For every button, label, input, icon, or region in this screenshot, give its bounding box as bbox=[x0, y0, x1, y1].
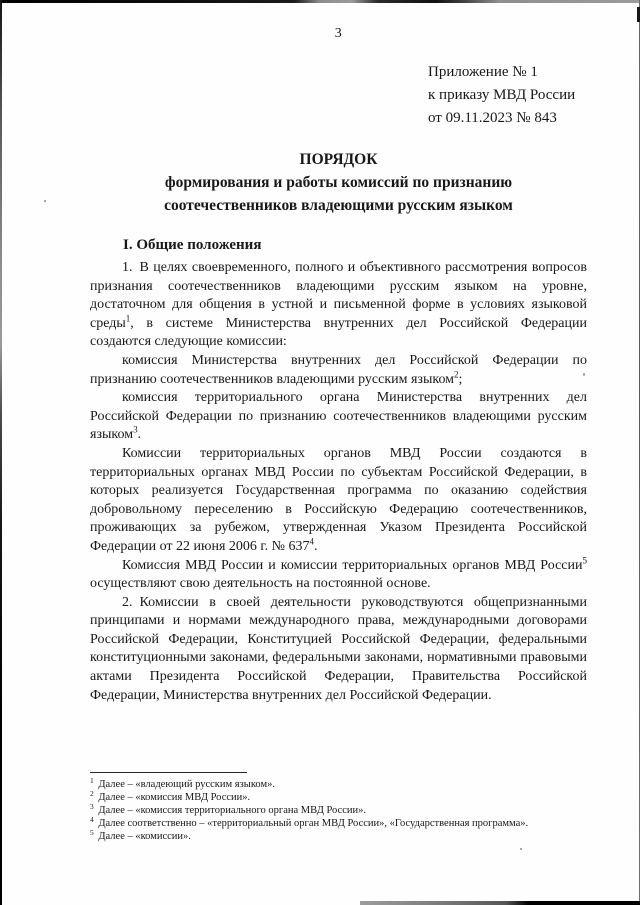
footnote-reference: 3 bbox=[133, 425, 138, 435]
scan-speck bbox=[520, 848, 522, 850]
paragraph: Комиссии территориальных органов МВД Рос… bbox=[90, 445, 587, 557]
document-title-line: ПОРЯДОК bbox=[90, 148, 587, 171]
document-title-line: соотечественников владеющими русским язы… bbox=[90, 194, 587, 217]
footnote-marker: 1 bbox=[90, 776, 94, 785]
annex-line: Приложение № 1 bbox=[428, 61, 587, 84]
paragraph: 2. Комиссии в своей деятельности руковод… bbox=[90, 594, 587, 706]
footnote-marker: 2 bbox=[90, 789, 94, 798]
scan-speck bbox=[44, 200, 46, 202]
section-heading: I. Общие положения bbox=[123, 237, 587, 254]
footnotes-block: 1 Далее – «владеющий русским языком».2 Д… bbox=[90, 772, 587, 843]
footnote-reference: 4 bbox=[309, 536, 314, 546]
footnote-marker: 3 bbox=[90, 802, 94, 811]
footnote-marker: 5 bbox=[90, 828, 94, 837]
paragraph: комиссия Министерства внутренних дел Рос… bbox=[90, 352, 587, 389]
footnote-reference: 1 bbox=[126, 313, 131, 323]
footnote-reference: 5 bbox=[583, 555, 588, 565]
footnote-item: 5 Далее – «комиссии». bbox=[90, 830, 587, 843]
document-title: ПОРЯДОК формирования и работы комиссий п… bbox=[90, 148, 587, 217]
document-title-line: формирования и работы комиссий по призна… bbox=[90, 171, 587, 194]
paragraph: 1. В целях своевременного, полного и объ… bbox=[90, 259, 587, 352]
scan-border-left bbox=[0, 0, 2, 905]
document-page: 3 Приложение № 1 к приказу МВД России от… bbox=[0, 0, 640, 905]
annex-line: от 09.11.2023 № 843 bbox=[428, 107, 587, 130]
footnote-list: 1 Далее – «владеющий русским языком».2 Д… bbox=[90, 778, 587, 843]
footnote-item: 4 Далее соответственно – «территориальны… bbox=[90, 817, 587, 830]
footnote-reference: 2 bbox=[454, 369, 459, 379]
paragraph: комиссия территориального органа Министе… bbox=[90, 389, 587, 445]
footnote-item: 1 Далее – «владеющий русским языком». bbox=[90, 778, 587, 791]
annex-line: к приказу МВД России bbox=[428, 84, 587, 107]
scan-border-bottom bbox=[360, 901, 640, 905]
footnote-separator bbox=[90, 772, 247, 773]
page-content: 3 Приложение № 1 к приказу МВД России от… bbox=[90, 0, 587, 705]
paragraph: Комиссия МВД России и комиссии территори… bbox=[90, 557, 587, 594]
footnote-item: 2 Далее – «комиссия МВД России». bbox=[90, 791, 587, 804]
annex-block: Приложение № 1 к приказу МВД России от 0… bbox=[428, 61, 587, 130]
page-number: 3 bbox=[90, 26, 587, 42]
body-paragraphs: 1. В целях своевременного, полного и объ… bbox=[90, 259, 587, 705]
footnote-item: 3 Далее – «комиссия территориального орг… bbox=[90, 804, 587, 817]
footnote-marker: 4 bbox=[90, 815, 94, 824]
